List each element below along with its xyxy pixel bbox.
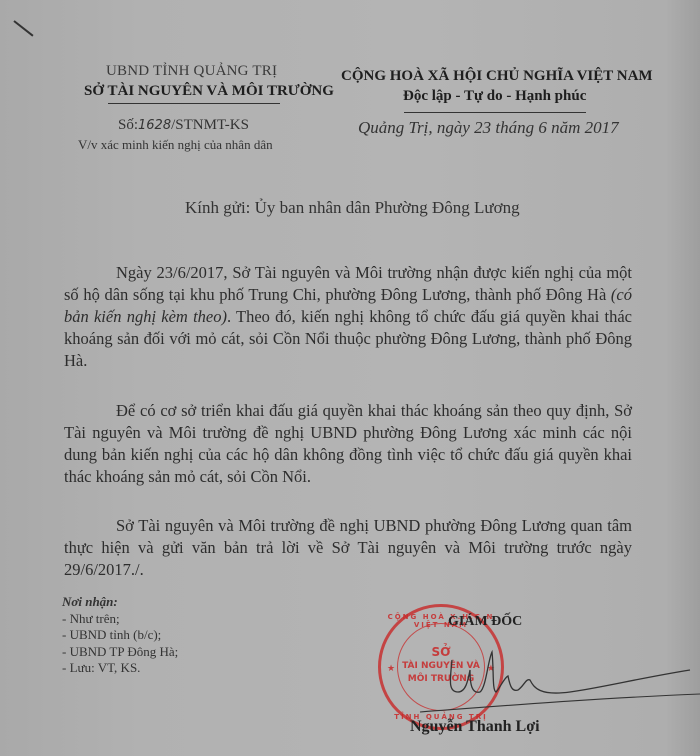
body-paragraph-2: Để có cơ sở triển khai đấu giá quyền kha… (64, 400, 632, 488)
p1-text-a: Ngày 23/6/2017, Sở Tài nguyên và Môi trư… (64, 263, 632, 304)
addressee-line: Kính gửi: Ủy ban nhân dân Phường Đông Lư… (185, 198, 520, 218)
issuing-organization: SỞ TÀI NGUYÊN VÀ MÔI TRƯỜNG (84, 83, 334, 100)
signatory-name: Nguyễn Thanh Lợi (410, 718, 540, 736)
document-subject: V/v xác minh kiến nghị của nhân dân (78, 137, 273, 153)
doc-number-value: 1628 (138, 118, 171, 133)
motto-underline (404, 112, 586, 113)
recipient-item: - UBND tỉnh (b/c); (62, 627, 178, 644)
signatory-title: GIÁM ĐỐC (448, 614, 522, 630)
national-title: CỘNG HOÀ XÃ HỘI CHỦ NGHĨA VIỆT NAM (341, 68, 653, 85)
org-underline (108, 103, 280, 104)
star-icon: ★ (387, 663, 395, 674)
handwritten-signature (400, 630, 700, 720)
national-motto: Độc lập - Tự do - Hạnh phúc (403, 88, 586, 105)
recipient-item: - UBND TP Đông Hà; (62, 644, 178, 661)
document-number: Số:1628/STNMT-KS (118, 117, 249, 134)
doc-number-prefix: Số: (118, 117, 138, 133)
place-and-date: Quảng Trị, ngày 23 tháng 6 năm 2017 (358, 118, 619, 138)
document-page: UBND TỈNH QUẢNG TRỊ SỞ TÀI NGUYÊN VÀ MÔI… (0, 0, 700, 756)
p2-text: Để có cơ sở triển khai đấu giá quyền kha… (64, 400, 632, 488)
parent-organization: UBND TỈNH QUẢNG TRỊ (106, 63, 277, 80)
body-paragraph-3: Sở Tài nguyên và Môi trường đề nghị UBND… (64, 515, 632, 581)
p3-text: Sở Tài nguyên và Môi trường đề nghị UBND… (64, 515, 632, 581)
pen-mark (13, 20, 33, 36)
recipient-item: - Lưu: VT, KS. (62, 660, 178, 677)
recipients-title: Nơi nhận: (62, 594, 178, 611)
recipients-list: Nơi nhận: - Như trên; - UBND tỉnh (b/c);… (62, 594, 178, 677)
recipient-item: - Như trên; (62, 611, 178, 628)
doc-number-suffix: /STNMT-KS (171, 117, 249, 133)
body-paragraph-1: Ngày 23/6/2017, Sở Tài nguyên và Môi trư… (64, 262, 632, 372)
